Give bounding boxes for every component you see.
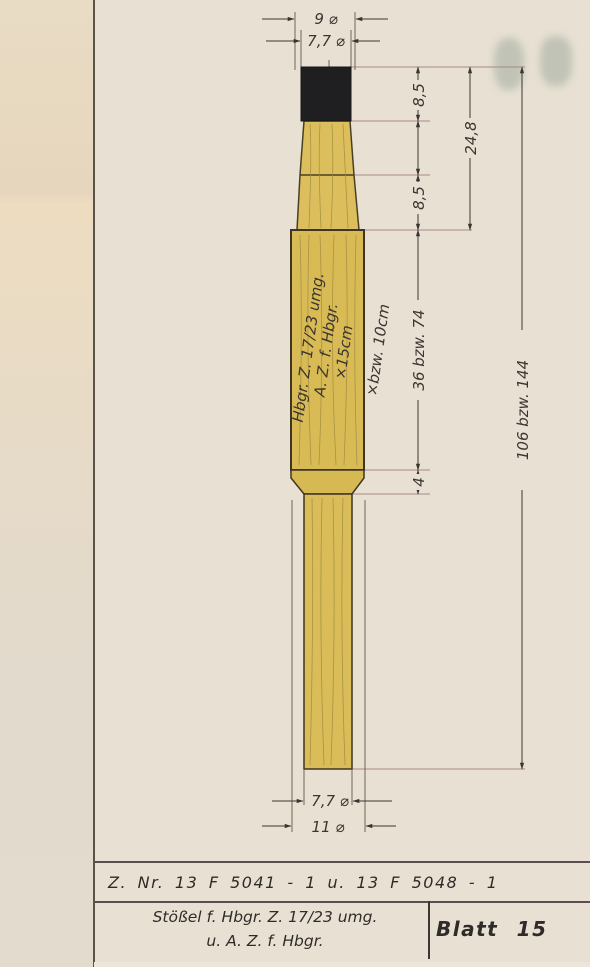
dim-head-total: 24,8 [462, 121, 480, 154]
drawing-number: Z. Nr. 13 F 5041 - 1 u. 13 F 5048 - 1 [108, 873, 498, 892]
title-row: Stößel f. Hbgr. Z. 17/23 umg. u. A. Z. f… [94, 901, 590, 961]
title-block-divider [428, 901, 430, 959]
extension-lines [351, 67, 525, 769]
dim-cap: 8,5 [410, 83, 428, 107]
part-title-line2: u. A. Z. f. Hbgr. [100, 929, 430, 953]
bottom-edge [94, 962, 590, 967]
title-block: Z. Nr. 13 F 5041 - 1 u. 13 F 5048 - 1 St… [94, 857, 590, 967]
dim-body: 36 bzw. 74 [410, 309, 428, 390]
technical-drawing: Hbgr. Z. 17/23 umg. A. Z. f. Hbgr. ×15cm… [0, 0, 590, 967]
dim-top-inner: 7,7 ⌀ [307, 32, 345, 50]
dim-overall: 106 bzw. 144 [514, 360, 532, 460]
side-note: ×bzw. 10cm [363, 303, 394, 397]
part-title-line1: Stößel f. Hbgr. Z. 17/23 umg. [100, 905, 430, 929]
cap-black [301, 67, 351, 121]
dim-shoulder: 4 [410, 477, 428, 487]
dim-top-outer: 9 ⌀ [314, 10, 337, 28]
dim-bottom-outer: 11 ⌀ [312, 818, 345, 836]
svg-text:×bzw. 10cm: ×bzw. 10cm [363, 303, 394, 397]
dim-bottom-inner: 7,7 ⌀ [311, 792, 349, 810]
dim-taper: 8,5 [410, 186, 428, 210]
part-title: Stößel f. Hbgr. Z. 17/23 umg. u. A. Z. f… [100, 905, 430, 953]
drawing-number-row: Z. Nr. 13 F 5041 - 1 u. 13 F 5048 - 1 [94, 861, 590, 903]
sheet-number: Blatt 15 [436, 917, 548, 941]
vertical-dim-lines [418, 67, 522, 769]
